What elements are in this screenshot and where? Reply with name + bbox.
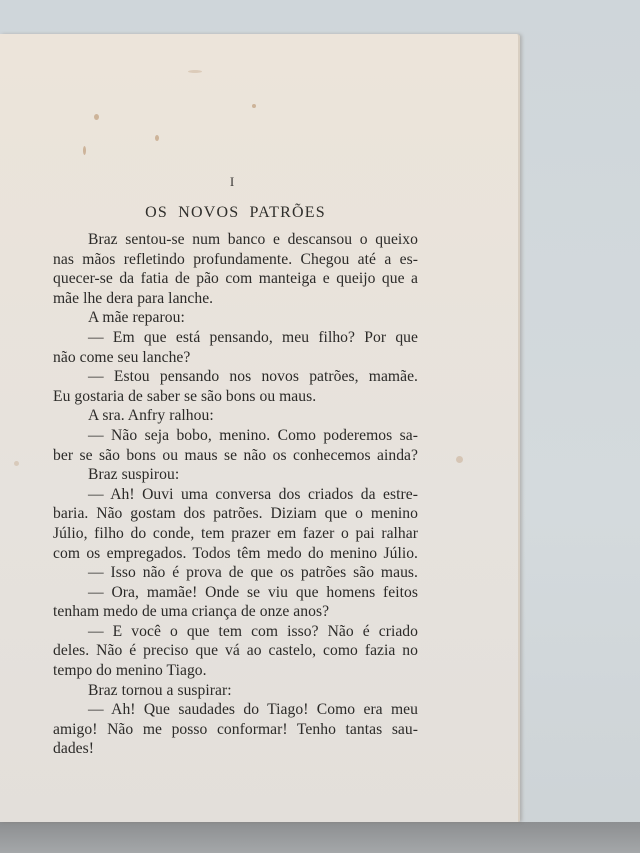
foxing-spot (252, 104, 256, 108)
text-line: tenham medo de uma criança de onze anos? (53, 602, 418, 622)
body-text: Braz sentou-se num banco e descansou o q… (53, 230, 418, 759)
text-line: — Ah! Que saudades do Tiago! Como era me… (53, 700, 418, 720)
text-line: ber se são bons ou maus se não os conhec… (53, 446, 418, 466)
book-page: I OS NOVOS PATRÕES Braz sentou-se num ba… (0, 34, 520, 822)
table-surface-shadow (0, 822, 640, 853)
text-line: baria. Não gostam dos patrões. Diziam qu… (53, 504, 418, 524)
chapter-title: OS NOVOS PATRÕES (53, 204, 418, 222)
foxing-spot (155, 135, 159, 141)
foxing-spot (456, 456, 463, 463)
text-line: — Estou pensando nos novos patrões, mamã… (53, 367, 418, 387)
text-line: Eu gostaria de saber se são bons ou maus… (53, 387, 418, 407)
text-line: Braz suspirou: (53, 465, 418, 485)
text-line: Braz sentou-se num banco e descansou o q… (53, 230, 418, 250)
foxing-spot (94, 114, 99, 120)
text-line: — Ora, mamãe! Onde se viu que homens fei… (53, 583, 418, 603)
text-line: com os empregados. Todos têm medo do men… (53, 544, 418, 564)
text-line: — Não seja bobo, menino. Como poderemos … (53, 426, 418, 446)
foxing-spot (14, 461, 19, 466)
text-line: não come seu lanche? (53, 348, 418, 368)
chapter-number: I (227, 174, 237, 190)
text-line: mãe lhe dera para lanche. (53, 289, 418, 309)
text-line: A mãe reparou: (53, 308, 418, 328)
text-line: nas mãos refletindo profundamente. Chego… (53, 250, 418, 270)
text-line: A sra. Anfry ralhou: (53, 406, 418, 426)
text-line: quecer-se da fatia de pão com manteiga e… (53, 269, 418, 289)
text-line: — Isso não é prova de que os patrões são… (53, 563, 418, 583)
text-line: — Em que está pensando, meu filho? Por q… (53, 328, 418, 348)
text-line: dades! (53, 739, 418, 759)
text-line: Júlio, filho do conde, tem prazer em faz… (53, 524, 418, 544)
text-line: — E você o que tem com isso? Não é criad… (53, 622, 418, 642)
text-line: deles. Não é preciso que vá ao castelo, … (53, 641, 418, 661)
foxing-spot (188, 70, 202, 73)
text-line: Braz tornou a suspirar: (53, 681, 418, 701)
text-line: — Ah! Ouvi uma conversa dos criados da e… (53, 485, 418, 505)
text-line: amigo! Não me posso conformar! Tenho tan… (53, 720, 418, 740)
foxing-spot (83, 146, 86, 155)
text-line: tempo do menino Tiago. (53, 661, 418, 681)
